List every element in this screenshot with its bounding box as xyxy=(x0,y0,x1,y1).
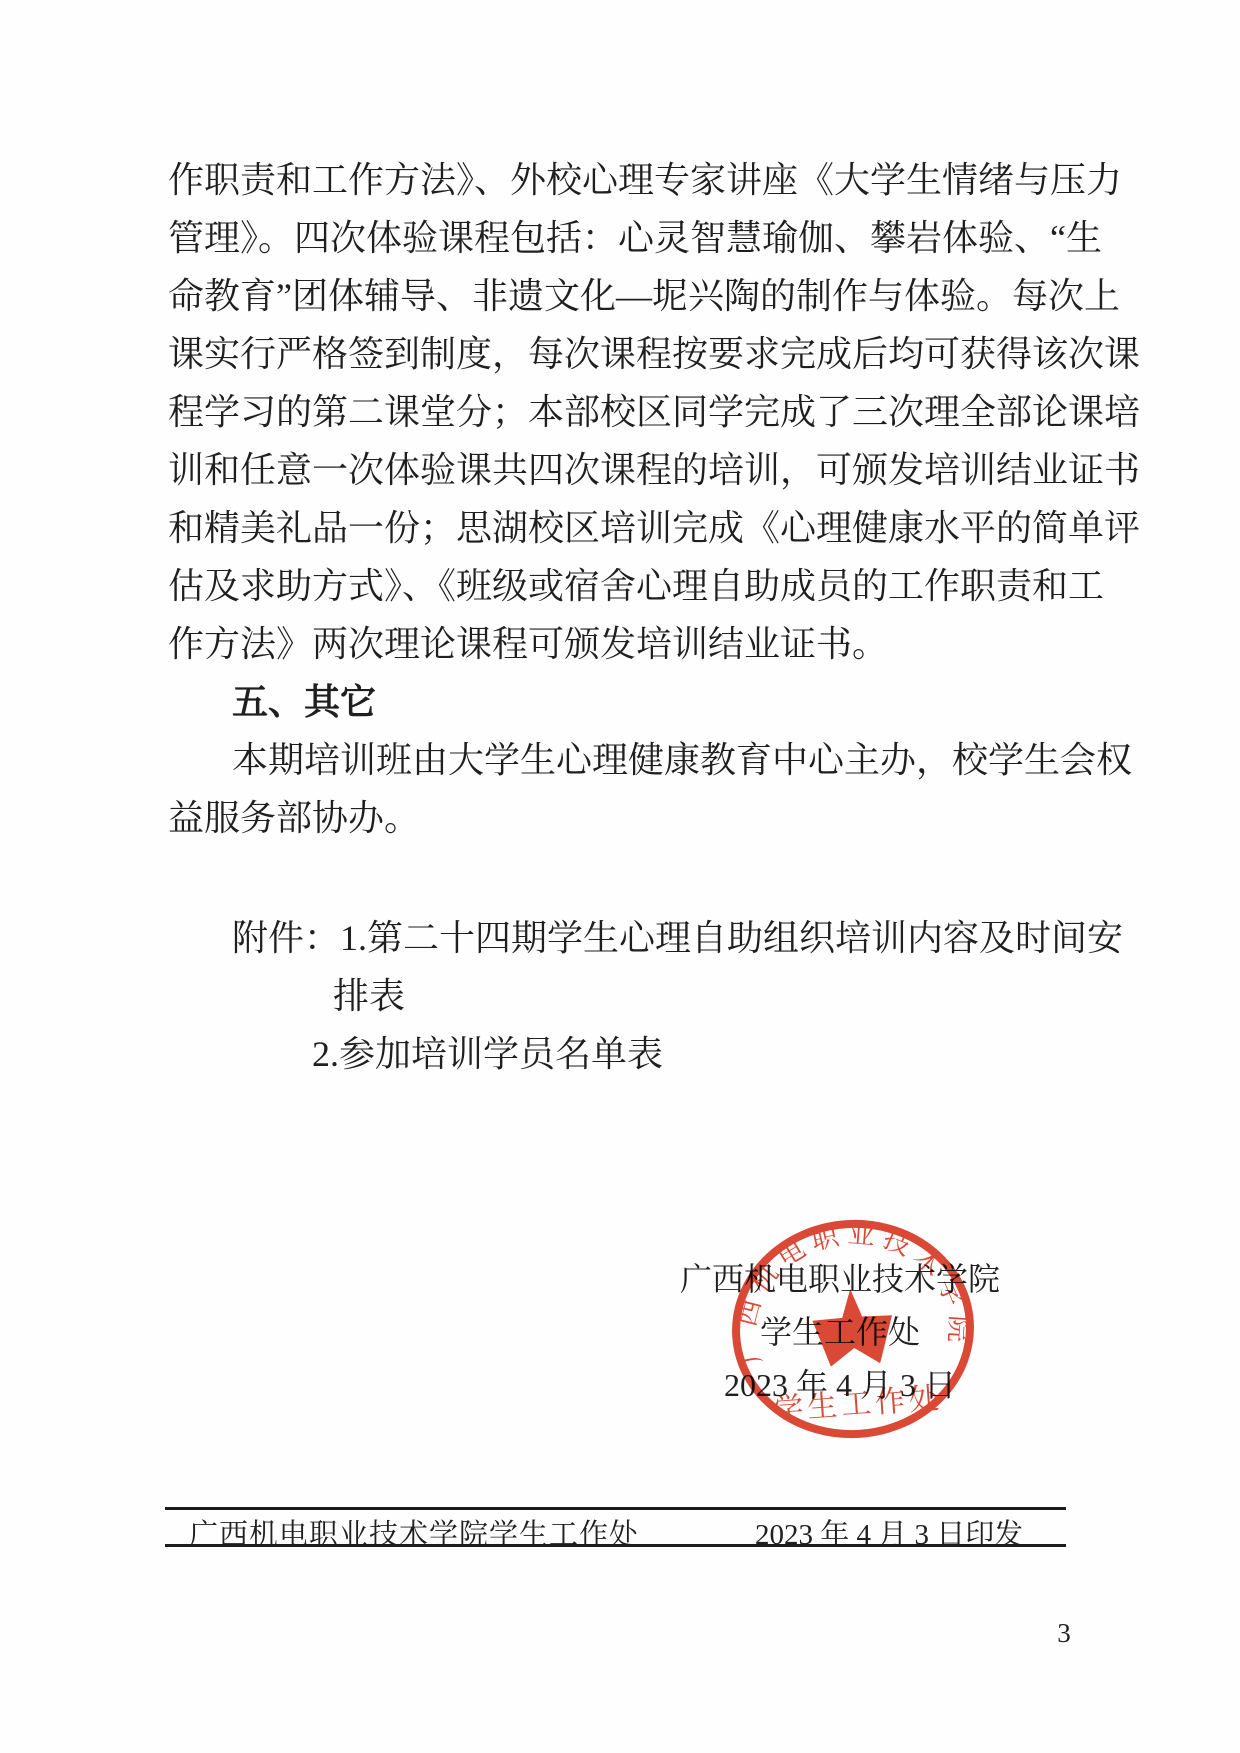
body-line: 课实行严格签到制度，每次课程按要求完成后均可获得该次课 xyxy=(168,325,1102,383)
body-line: 和精美礼品一份；思湖校区培训完成《心理健康水平的简单评 xyxy=(168,499,1102,557)
attachment-line: 附件：1.第二十四期学生心理自助组织培训内容及时间安 xyxy=(168,909,1102,967)
body-line: 作职责和工作方法》、外校心理专家讲座《大学生情绪与压力 xyxy=(168,151,1102,209)
body-line: 命教育”团体辅导、非遗文化—坭兴陶的制作与体验。每次上 xyxy=(168,267,1102,325)
official-seal: 广西机电职业技术学院 学生工作处 xyxy=(719,1205,986,1452)
footer-rule-bottom xyxy=(165,1544,1066,1547)
body-line: 本期培训班由大学生心理健康教育中心主办，校学生会权 xyxy=(168,731,1102,789)
section-heading: 五、其它 xyxy=(168,673,1102,731)
page-number: 3 xyxy=(1046,1618,1082,1649)
body-line: 训和任意一次体验课共四次课程的培训，可颁发培训结业证书 xyxy=(168,441,1102,499)
attachment-line-wrap: 排表 xyxy=(168,967,1102,1025)
footer-rule-top xyxy=(165,1507,1066,1510)
body-line: 管理》。四次体验课程包括：心灵智慧瑜伽、攀岩体验、“生 xyxy=(168,209,1102,267)
body-line: 作方法》两次理论课程可颁发培训结业证书。 xyxy=(168,615,1102,673)
document-page: 作职责和工作方法》、外校心理专家讲座《大学生情绪与压力 管理》。四次体验课程包括… xyxy=(0,0,1240,1753)
body-line: 估及求助方式》、《班级或宿舍心理自助成员的工作职责和工 xyxy=(168,557,1102,615)
attachment-item-2: 2.参加培训学员名单表 xyxy=(168,1025,1102,1083)
document-body: 作职责和工作方法》、外校心理专家讲座《大学生情绪与压力 管理》。四次体验课程包括… xyxy=(168,151,1102,1083)
star-icon xyxy=(810,1286,895,1367)
seal-bottom-text: 学生工作处 xyxy=(772,1382,944,1427)
body-line: 程学习的第二课堂分；本部校区同学完成了三次理全部论课培 xyxy=(168,383,1102,441)
body-line: 益服务部协办。 xyxy=(168,789,1102,847)
